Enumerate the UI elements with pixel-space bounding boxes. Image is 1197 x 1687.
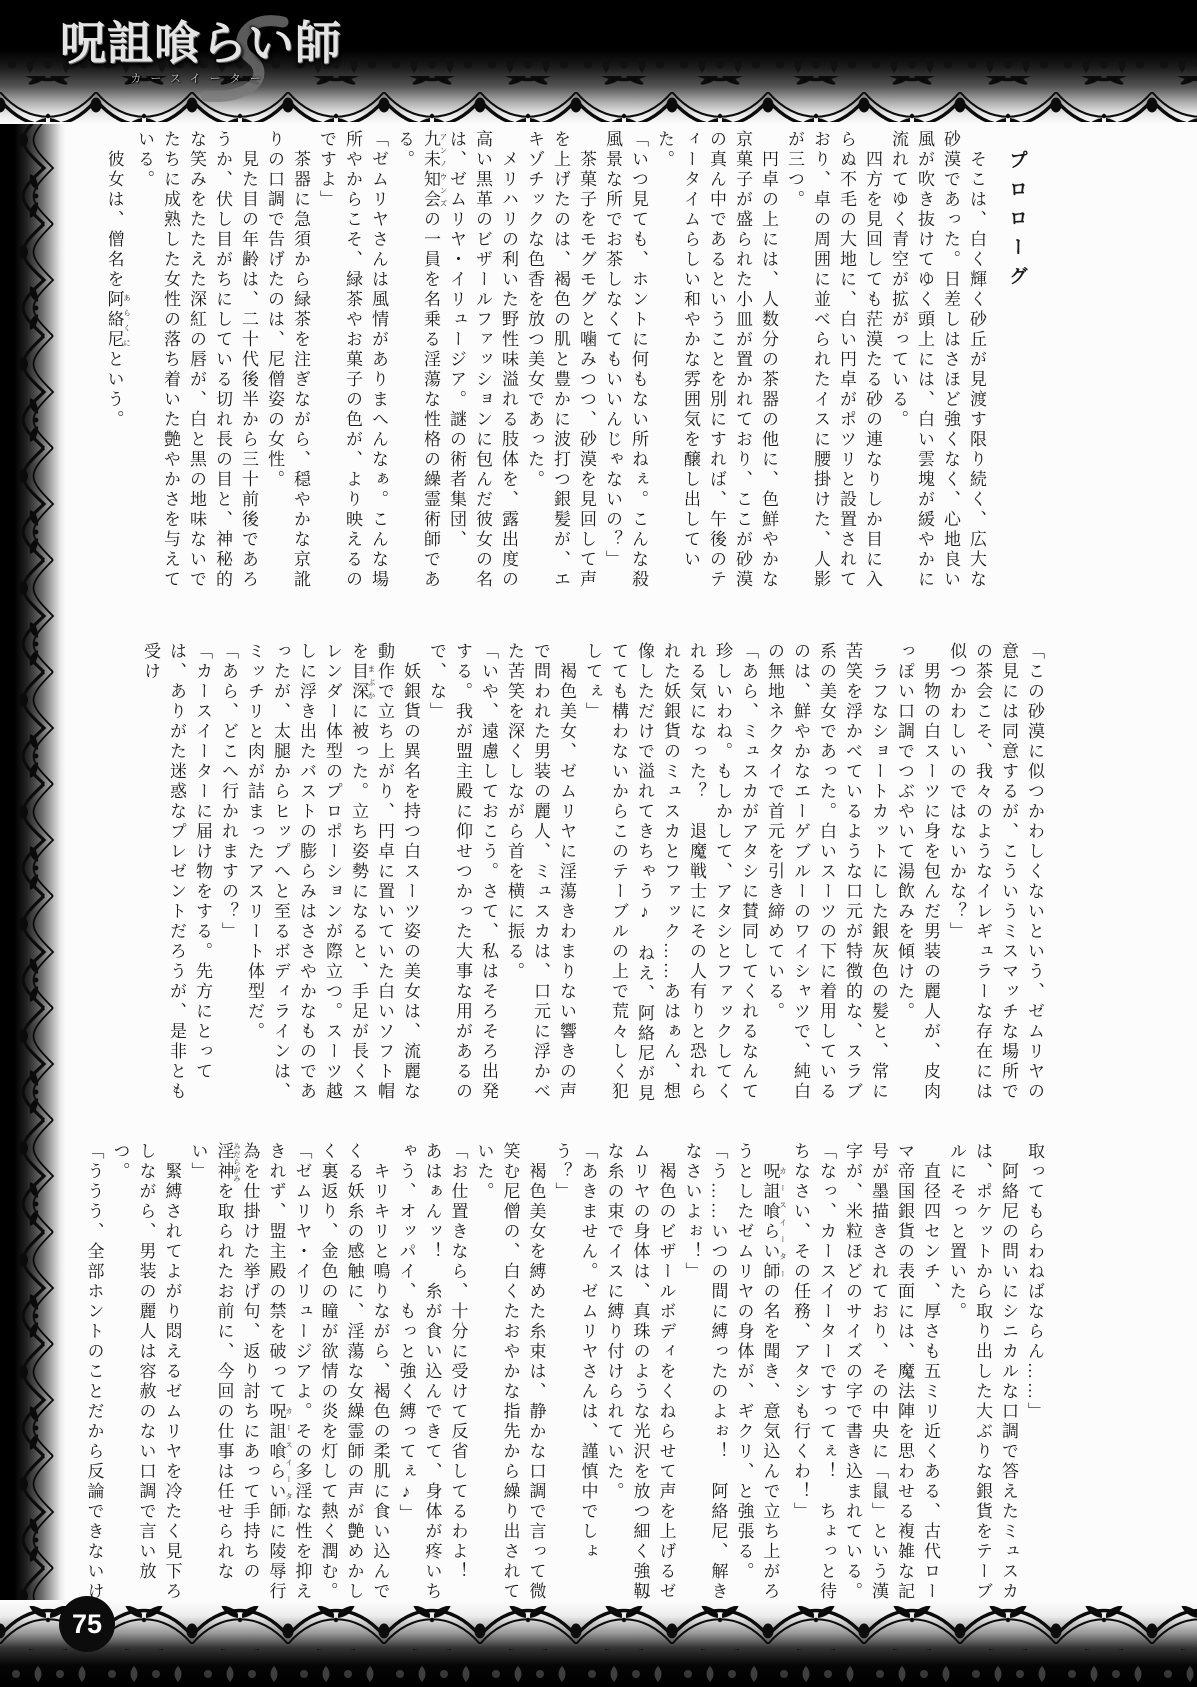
text-band-1: プロローグ そこは、白く輝く砂丘が見渡す限り続く、広大な砂漠であった。日差しはさ… — [109, 130, 1029, 592]
paragraph: 「う……いつの間に縛ったのよぉ！ 阿絡尼、解きなさいよぉ！」 — [679, 1142, 731, 1604]
series-title: 呪詛喰らい師 — [60, 12, 360, 76]
page-number: 75 — [72, 1609, 102, 1640]
paragraph: 褐色美女を縛めた糸束は、静かな口調で言って微笑む尼僧の、白くたおやかな指先から繰… — [471, 1142, 549, 1604]
paragraph: 緊縛されてよがり悶えるゼムリヤを冷たく見下ろしながら、男装の麗人は容赦のない口調… — [107, 1142, 185, 1604]
paragraph: ラフなショートカットにした銀灰色の髪と、常に苦笑を浮かべているような口元が特徴的… — [761, 642, 891, 1104]
paragraph: 「ゼムリヤ・イリュージアよ。その多淫な性を抑えきれず、盟主殿の禁を破って呪詛喰ら… — [185, 1142, 315, 1604]
paragraph: 「この砂漠に似つかわしくないという、ゼムリヤの意見には同意するが、こういうミスマ… — [943, 642, 1047, 1104]
paragraph: 阿絡尼の問いにシニカルな口調で答えたミュスカは、ポケットから取り出した大ぶりな銀… — [943, 1142, 1021, 1604]
page-number-badge: 75 — [59, 1596, 115, 1652]
paragraph: 「カースイーターに届け物をする。先方にとっては、ありがた迷惑なプレゼントだろうが… — [137, 642, 215, 1104]
paragraph: 茶器に急須から緑茶を注ぎながら、穏やかな京訛りの口調で告げたのは、尼僧姿の女性。 — [261, 130, 313, 592]
paragraph: キリキリと鳴りながら、褐色の柔肌に食い込んでくる妖糸の感触に、淫蕩な女繰霊師の声… — [315, 1142, 393, 1604]
paragraph: 男物の白スーツに身を包んだ男装の麗人が、皮肉っぽい口調でつぶやいて湯飲みを傾けた… — [891, 642, 943, 1104]
paragraph: メリハリの利いた野性味溢れる肢体を、露出度の高い黒革のビザールファッションに包ん… — [391, 130, 521, 592]
paragraph: 妖銀貨の異名を持つ白スーツ姿の美女は、流麗な動作で立ち上がり、円卓に置いていた白… — [241, 642, 423, 1104]
novel-page: 呪詛喰らい師 カースイーター プロローグ そこは、白く輝く砂丘が見渡す限り続く、… — [0, 0, 1197, 1687]
ornate-left-border — [0, 0, 66, 1687]
paragraph: 褐色美女、ゼムリヤに淫蕩きわまりない響きの声で問われた男装の麗人、ミュスカは、口… — [501, 642, 579, 1104]
paragraph: 「なっ、カースイーターですってぇ！ ちょっと待ちなさい、その任務、アタシも行くわ… — [787, 1142, 839, 1604]
paragraph: 「いつ見ても、ホントに何もない所ねぇ。こんな殺風景な所でお茶しなくてもいいんじゃ… — [599, 130, 651, 592]
paragraph: 茶菓子をモグモグと噛みつつ、砂漠を見回して声を上げたのは、褐色の肌と豊かに波打つ… — [521, 130, 599, 592]
paragraph: 直径四センチ、厚さも五ミリ近くある、古代ローマ帝国銀貨の表面には、魔法陣を思わせ… — [839, 1142, 943, 1604]
paragraph: 取ってもらわねばならん……」 — [1021, 1142, 1047, 1604]
paragraph: 「ゼムリヤさんは風情がありまへんなぁ。こんな場所やからこそ、緑茶やお菓子の色が、… — [313, 130, 391, 592]
paragraph: 見た目の年齢は、二十代後半から三十前後であろうか、伏し目がちにしている切れ長の目… — [131, 130, 261, 592]
paragraph: 「お仕置きなら、十分に受けて反省してるわよ！ あはぁんッ！ 糸が食い込んできて、… — [393, 1142, 471, 1604]
paragraph: 円卓の上には、人数分の茶器の他に、色鮮やかな京菓子が盛られた小皿が置かれており、… — [651, 130, 781, 592]
paragraph: 「あきません。ゼムリヤさんは、謹慎中でしょう？」 — [549, 1142, 601, 1604]
text-band-2: 「この砂漠に似つかわしくないという、ゼムリヤの意見には同意するが、こういうミスマ… — [87, 642, 1047, 1104]
prologue-heading: プロローグ — [1003, 150, 1029, 592]
ornate-bottom-border — [0, 1600, 1197, 1687]
paragraph: 彼女は、僧名を阿絡尼あらくにという。 — [109, 130, 131, 592]
paragraph: 「あら、ミュスカがアタシに賛同してくれるなんて珍しいわね。もしかして、アタシとフ… — [579, 642, 761, 1104]
paragraph: 呪詛喰らい師カースイーターの名を聞き、意気込んで立ち上がろうとしたゼムリヤの身体… — [731, 1142, 788, 1604]
text-band-3: 取ってもらわねばならん……」 阿絡尼の問いにシニカルな口調で答えたミュスカは、ポ… — [87, 1142, 1047, 1604]
paragraph: 「いや、遠慮しておこう。さて、私はそろそろ出発する。我が盟主殿に仰せつかった大事… — [423, 642, 501, 1104]
paragraph: 「あら、どこへ行かれますの？」 — [215, 642, 241, 1104]
paragraph: そこは、白く輝く砂丘が見渡す限り続く、広大な砂漠であった。日差しはさほど強くなく… — [885, 130, 989, 592]
paragraph: 「ううう、全部ホントのことだから反論できないけ — [87, 1142, 107, 1604]
paragraph: 褐色のビザールボディをくねらせて声を上げるゼムリヤの身体は、真珠のような光沢を放… — [601, 1142, 679, 1604]
series-title-block: 呪詛喰らい師 カースイーター — [60, 12, 360, 86]
paragraph: 四方を見回しても茫漠たる砂の連なりしか目に入らぬ不毛の大地に、白い円卓がポツリと… — [781, 130, 885, 592]
